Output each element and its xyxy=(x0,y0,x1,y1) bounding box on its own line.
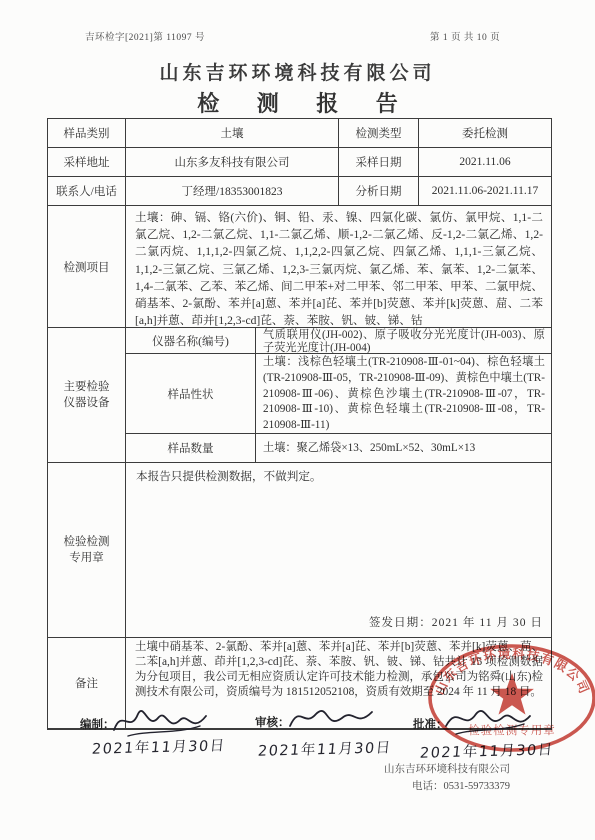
stamp-star xyxy=(490,673,534,715)
sampling-address-value: 山东多友科技有限公司 xyxy=(126,148,339,176)
data-only-statement: 本报告只提供检测数据，不做判定。 xyxy=(136,468,322,484)
footer-phone: 电话：0531-59733379 xyxy=(384,778,510,795)
test-items-label: 检测项目 xyxy=(48,206,126,327)
sample-character-row: 样品性状 土壤：浅棕色轻壤土(TR-210908-Ⅲ-01~04)、棕色轻壤土(… xyxy=(126,354,551,434)
row-label: 采样日期 xyxy=(339,148,419,176)
stamp-area-label: 检验检测 专用章 xyxy=(48,463,126,637)
row-label: 样品类别 xyxy=(48,119,126,147)
row-label: 分析日期 xyxy=(339,177,419,205)
sample-quantity-label: 样品数量 xyxy=(126,434,256,462)
reviewed-date: 2021年11月30日 xyxy=(257,736,393,761)
footer-company-block: 山东吉环环境科技有限公司 电话：0531-59733379 xyxy=(384,761,510,795)
row-label: 联系人/电话 xyxy=(48,177,126,205)
equipment-label: 主要检验 仪器设备 xyxy=(48,328,126,462)
sampling-date-value: 2021.11.06 xyxy=(419,148,551,176)
report-page: 吉环检字[2021]第 11097 号 第 1 页 共 10 页 山东吉环环境科… xyxy=(0,0,595,840)
issue-date: 签发日期：2021 年 11 月 30 日 xyxy=(369,614,543,630)
table-row: 样品类别 土壤 检测类型 委托检测 xyxy=(48,119,551,148)
contact-value: 丁经理/18353001823 xyxy=(126,177,339,205)
company-title: 山东吉环环境科技有限公司 xyxy=(0,58,595,85)
sample-quantity-row: 样品数量 土壤：聚乙烯袋×13、250mL×52、30mL×13 xyxy=(126,434,551,462)
official-stamp: 山东吉环环境科技有限公司 检验检测专用章 xyxy=(427,642,595,754)
sample-character-text: 土壤：浅棕色轻壤土(TR-210908-Ⅲ-01~04)、棕色轻壤土(TR-21… xyxy=(256,354,551,433)
report-title: 检 测 报 告 xyxy=(0,87,595,118)
row-label: 采样地址 xyxy=(48,148,126,176)
sample-character-label: 样品性状 xyxy=(126,354,256,433)
reviewed-signature xyxy=(284,698,379,738)
equipment-subtable: 仪器名称(编号) 气质联用仪(JH-002)、原子吸收分光光度计(JH-003)… xyxy=(126,328,551,462)
stamp-row: 检验检测 专用章 本报告只提供检测数据，不做判定。 签发日期：2021 年 11… xyxy=(48,463,551,638)
test-type-value: 委托检测 xyxy=(419,119,551,147)
table-row: 采样地址 山东多友科技有限公司 采样日期 2021.11.06 xyxy=(48,148,551,177)
test-items-row: 检测项目 土壤：砷、镉、铬(六价)、铜、铅、汞、镍、四氯化碳、氯仿、氯甲烷、1,… xyxy=(48,206,551,328)
equipment-row: 主要检验 仪器设备 仪器名称(编号) 气质联用仪(JH-002)、原子吸收分光光… xyxy=(48,328,551,463)
instrument-row: 仪器名称(编号) 气质联用仪(JH-002)、原子吸收分光光度计(JH-003)… xyxy=(126,328,551,354)
sample-quantity-text: 土壤：聚乙烯袋×13、250mL×52、30mL×13 xyxy=(256,434,551,462)
sample-type-value: 土壤 xyxy=(126,119,339,147)
stamp-content-cell: 本报告只提供检测数据，不做判定。 签发日期：2021 年 11 月 30 日 xyxy=(126,463,551,637)
row-label: 检测类型 xyxy=(339,119,419,147)
footer-company-name: 山东吉环环境科技有限公司 xyxy=(384,761,510,778)
document-number: 吉环检字[2021]第 11097 号 xyxy=(85,29,205,43)
analysis-date-value: 2021.11.06-2021.11.17 xyxy=(419,177,551,205)
report-table: 样品类别 土壤 检测类型 委托检测 采样地址 山东多友科技有限公司 采样日期 2… xyxy=(47,118,552,730)
stamp-caption-text: 检验检测专用章 xyxy=(468,723,556,737)
test-items-text: 土壤：砷、镉、铬(六价)、铜、铅、汞、镍、四氯化碳、氯仿、氯甲烷、1,1-二氯乙… xyxy=(126,206,551,327)
prepared-date: 2021年11月30日 xyxy=(91,734,227,759)
instrument-text: 气质联用仪(JH-002)、原子吸收分光光度计(JH-003)、原子荧光光度计(… xyxy=(256,328,551,353)
page-number: 第 1 页 共 10 页 xyxy=(430,29,500,43)
instrument-label: 仪器名称(编号) xyxy=(126,328,256,353)
table-row: 联系人/电话 丁经理/18353001823 分析日期 2021.11.06-2… xyxy=(48,177,551,206)
